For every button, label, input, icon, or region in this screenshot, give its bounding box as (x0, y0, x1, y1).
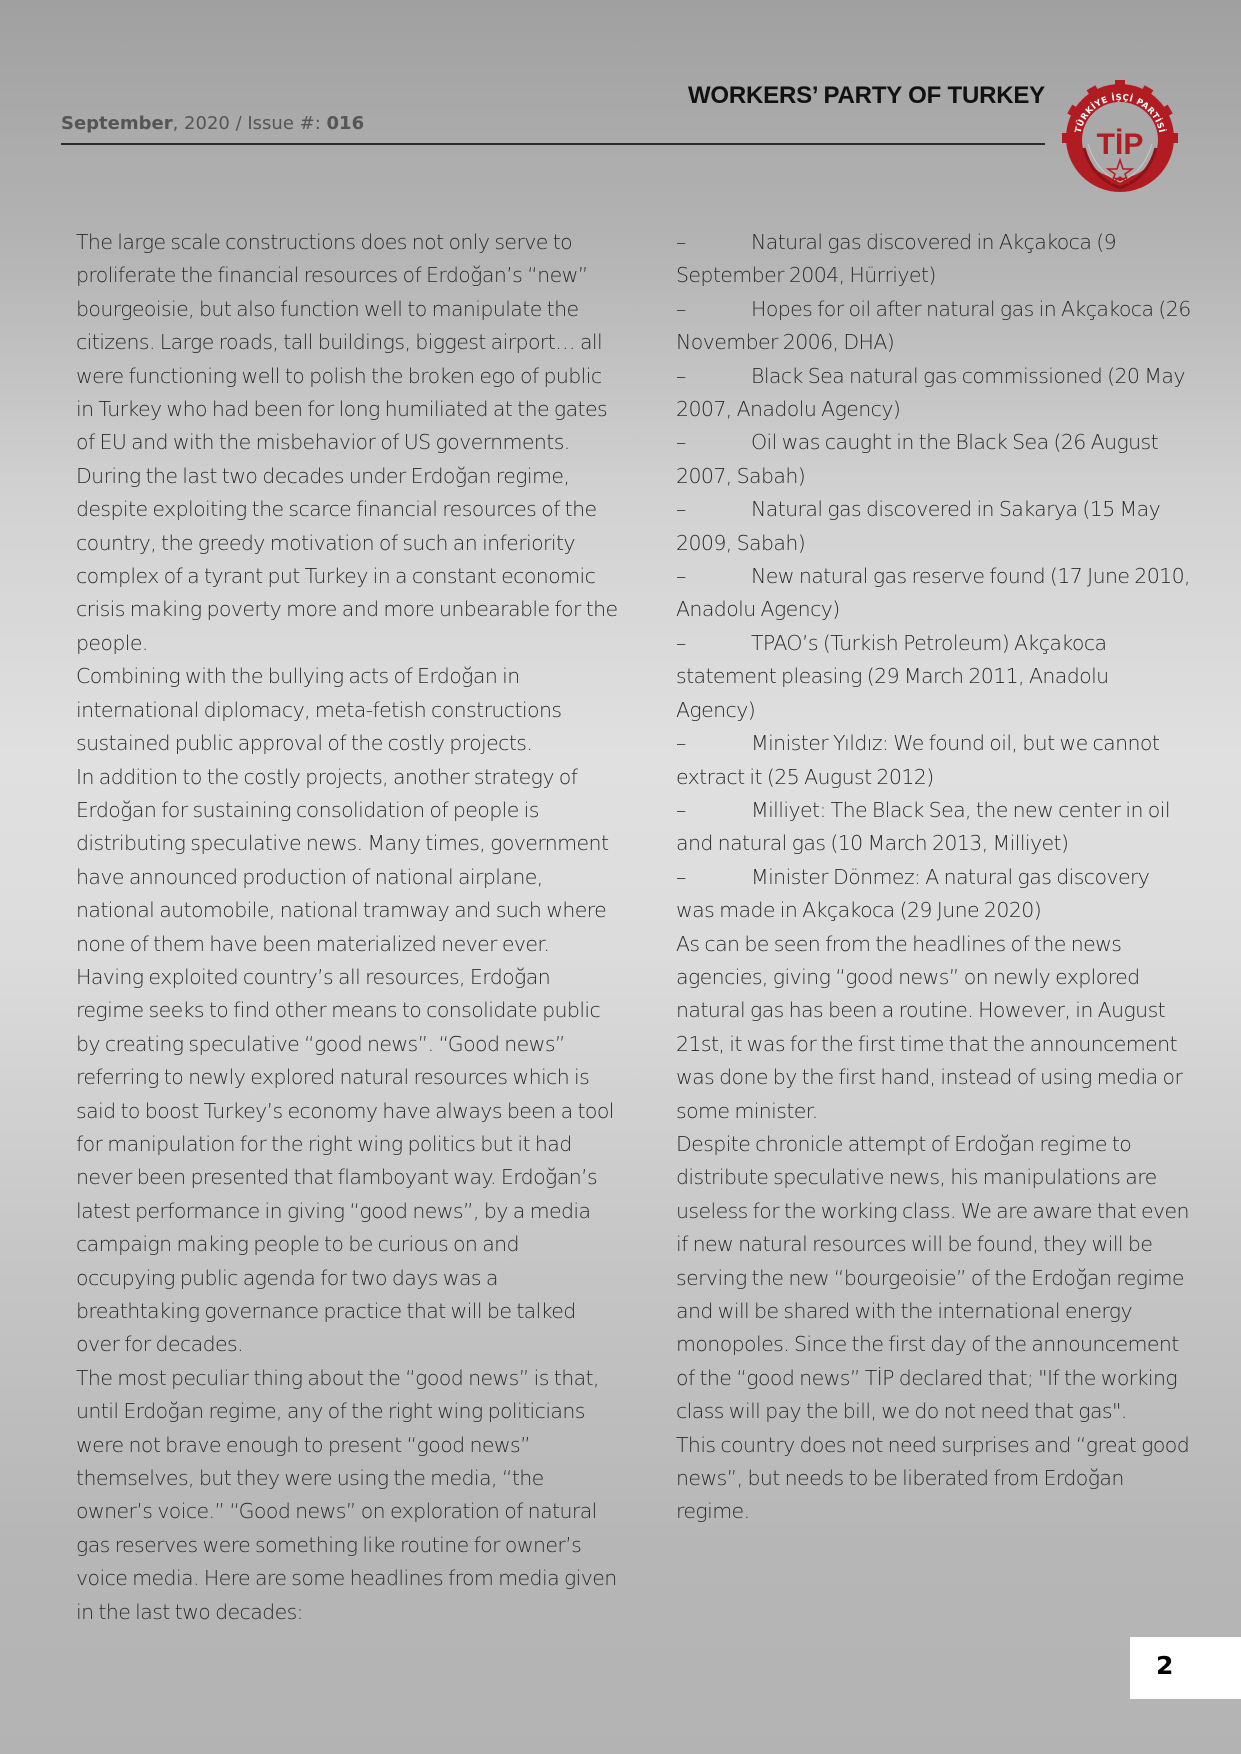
dash-bullet-icon: – (676, 727, 751, 760)
article-left-column: The large scale constructions does not o… (76, 226, 621, 1629)
header-divider (61, 143, 1045, 145)
paragraph: The most peculiar thing about the “good … (76, 1362, 621, 1629)
svg-text:TİP: TİP (1097, 128, 1144, 161)
paragraph: This country does not need surprises and… (676, 1429, 1191, 1529)
headline-item: –New natural gas reserve found (17 June … (676, 560, 1191, 627)
paragraph: As can be seen from the headlines of the… (676, 928, 1191, 1128)
dash-bullet-icon: – (676, 426, 751, 459)
dash-bullet-icon: – (676, 226, 751, 259)
headline-item: –Milliyet: The Black Sea, the new center… (676, 794, 1191, 861)
dash-bullet-icon: – (676, 861, 751, 894)
headline-item: –TPAO’s (Turkish Petroleum) Akçakoca sta… (676, 627, 1191, 727)
issue-month: September (61, 113, 173, 134)
dash-bullet-icon: – (676, 493, 751, 526)
dash-bullet-icon: – (676, 360, 751, 393)
headline-item: –Natural gas discovered in Akçakoca (9 S… (676, 226, 1191, 293)
headline-list: –Natural gas discovered in Akçakoca (9 S… (676, 226, 1191, 928)
headline-item: –Minister Yıldız: We found oil, but we c… (676, 727, 1191, 794)
paragraph: Despite chronicle attempt of Erdoğan reg… (676, 1128, 1191, 1429)
issue-year-label: , 2020 / Issue #: (173, 113, 327, 134)
headline-item: –Black Sea natural gas commissioned (20 … (676, 360, 1191, 427)
headline-text: Milliyet: The Black Sea, the new center … (676, 798, 1170, 855)
headline-item: –Natural gas discovered in Sakarya (15 M… (676, 493, 1191, 560)
dash-bullet-icon: – (676, 627, 751, 660)
issue-info: September, 2020 / Issue #: 016 (61, 113, 364, 134)
headline-item: –Minister Dönmez: A natural gas discover… (676, 861, 1191, 928)
page-number: 2 (1156, 1651, 1173, 1680)
headline-text: New natural gas reserve found (17 June 2… (676, 564, 1190, 621)
headline-text: Black Sea natural gas commissioned (20 M… (676, 364, 1185, 421)
dash-bullet-icon: – (676, 293, 751, 326)
paragraph: The large scale constructions does not o… (76, 226, 621, 660)
dash-bullet-icon: – (676, 794, 751, 827)
paragraph: In addition to the costly projects, anot… (76, 761, 621, 1362)
dash-bullet-icon: – (676, 560, 751, 593)
issue-number: 016 (327, 113, 365, 134)
article-right-column: –Natural gas discovered in Akçakoca (9 S… (676, 226, 1191, 1529)
page-number-box: 2 (1130, 1637, 1241, 1699)
headline-item: –Hopes for oil after natural gas in Akça… (676, 293, 1191, 360)
headline-item: –Oil was caught in the Black Sea (26 Aug… (676, 426, 1191, 493)
headline-text: Hopes for oil after natural gas in Akçak… (676, 297, 1191, 354)
publication-title: WORKERS’ PARTY OF TURKEY (560, 82, 1045, 110)
paragraph: Combining with the bullying acts of Erdo… (76, 660, 621, 760)
party-logo-icon: TÜRKİYE İŞÇİ PARTİSİ TİP (1058, 78, 1182, 200)
